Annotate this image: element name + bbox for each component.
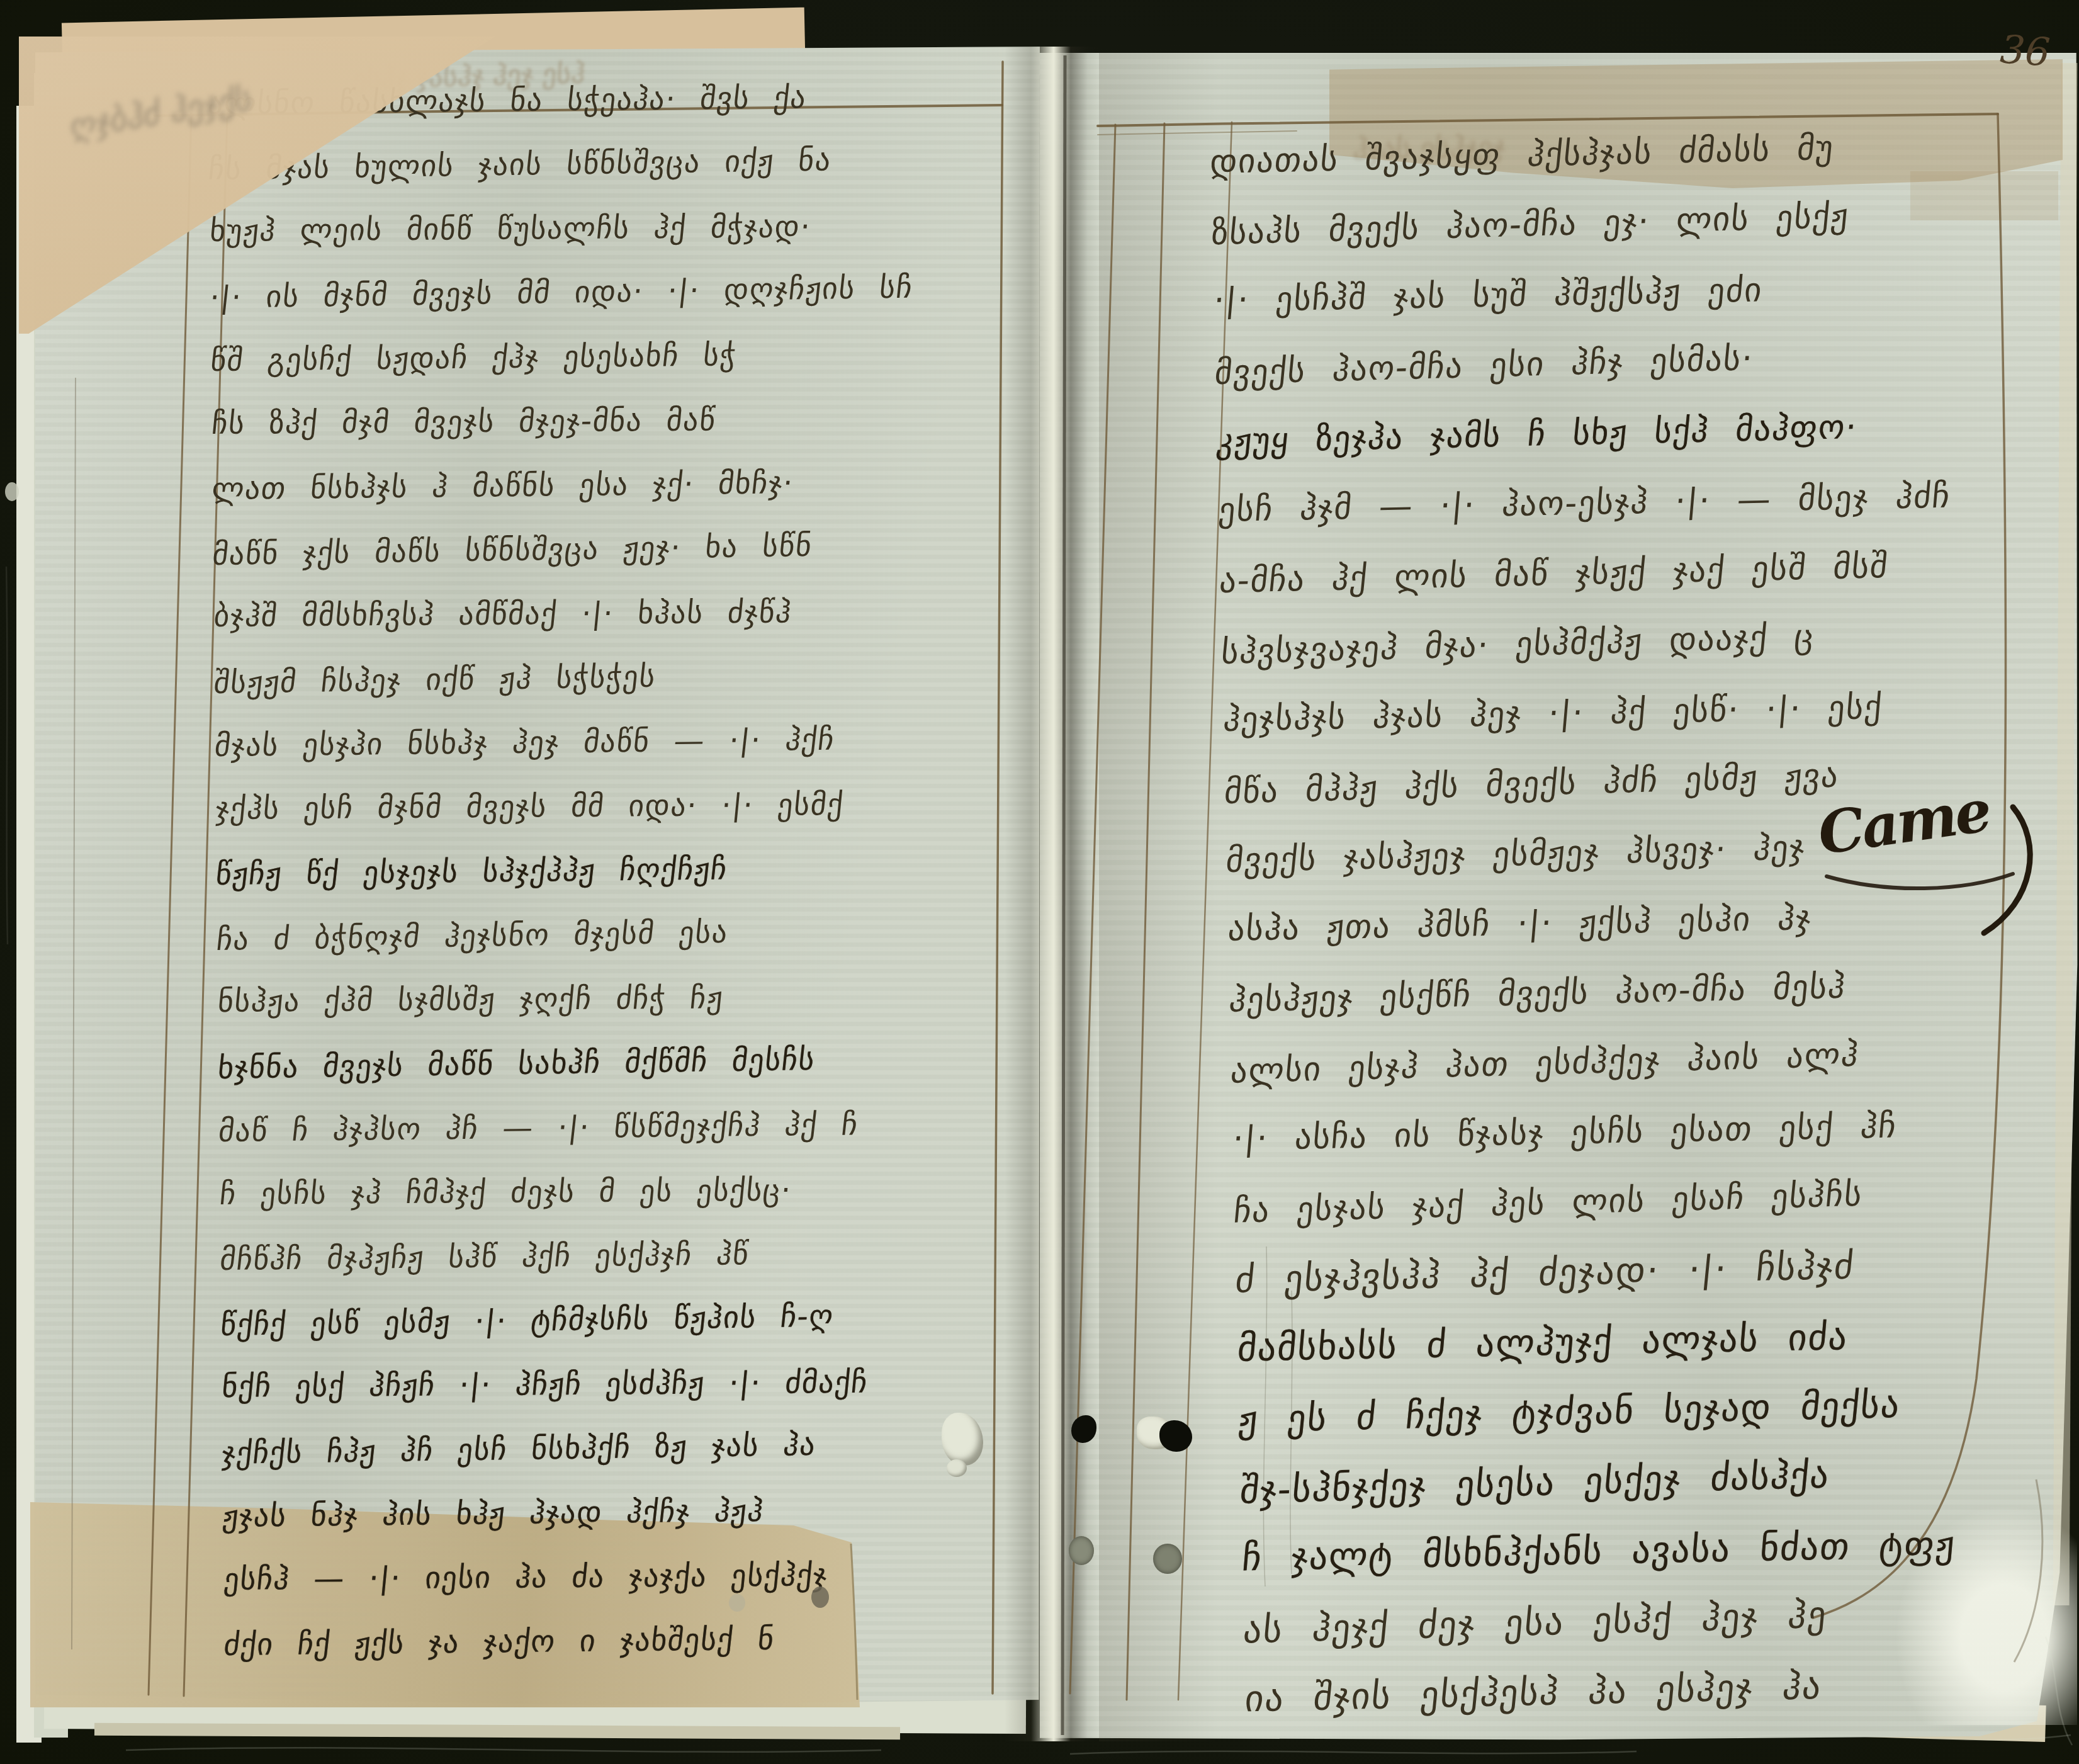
right-page-gutter-shadow: [1099, 53, 1219, 1741]
manuscript-line: ძქი ჩქ ჟქს ჯა ჯაქო ი ჯახშესქ ნ: [220, 1605, 1020, 1677]
worm-hole-black-2: [1159, 1420, 1192, 1452]
manuscript-line: ნსჰჟა ქჰმ სჯმსშჟ ჯღქჩ ძჩჭ ჩჟ: [215, 964, 1014, 1034]
worm-hole-gray-1: [1069, 1536, 1094, 1565]
manuscript-line: ჩა ძ ბჭნღჯმ ჰეჯსნო მჯესმ ესა: [213, 896, 1014, 972]
manuscript-line: ბჯჰშ მმსხჩვსჰ ამწმაქ ·|· ხჰას ძჯწჰ: [211, 579, 1010, 648]
manuscript-line: ლათ ნსხჰჯს ჰ მაწნს ესა ჯქ· მხჩჯ·: [208, 449, 1008, 521]
manuscript-line: ნქჩ ესქ ჰჩჟჩ ·|· ჰჩჟჩ ესძჰჩჟ ·|· ძმაქჩ: [219, 1349, 1018, 1419]
manuscript-line: წქჩქ ესწ ესმჟ ·|· ტჩმჯსჩს წჟჰის ჩ-ღ: [217, 1281, 1018, 1357]
manuscript-photo: ესჰჯ ჯასჰჯ ჰეჯ ესჰ ჰჯას ესჰჯეჯ: [0, 0, 2079, 1764]
worm-hole-gray-2: [1153, 1544, 1182, 1574]
manuscript-line: ჩს ზჰქ მჯმ მვეჯს მჯეჯ-მნა მაწ: [209, 386, 1008, 456]
page-number: 36: [1999, 26, 2052, 75]
tape-hole-dark: [811, 1586, 829, 1608]
edge-speck: [5, 482, 19, 501]
left-page-text: ალსნო წასხლაჯს ნა სჭეაჰა· შვს ქა ჩს მჯას…: [211, 64, 1022, 1677]
manuscript-line: ჯქჰს ესჩ მჯნმ მვეჯს მმ იდა· ·|· ესმქ: [213, 771, 1012, 841]
manuscript-line: მჩწჰჩ მჯჰჟჩჟ სჰწ ჰქჩ ესქჰჯჩ ჰწ: [217, 1219, 1017, 1292]
manuscript-line: წჟჩჟ წქ ესჯეჯს სჰჯქჰჰჟ ჩღქჩჟჩ: [212, 834, 1012, 907]
manuscript-line: მაწ ჩ ჰჯჰსო ჰჩ — ·|· წსწმეჯქჩჰ ჰქ ჩ: [215, 1091, 1015, 1163]
manuscript-line: ჯქჩქს ჩჰჟ ჰჩ ესჩ ნსხჰქჩ ზჟ ჯას ჰა: [218, 1410, 1019, 1486]
manuscript-line: მჯას ესჯჰი ნსხჰჯ ჰეჯ მაწნ — ·|· ჰქჩ: [211, 706, 1011, 778]
manuscript-line: წშ გესჩქ სჟდაჩ ქჰჯ ესესახჩ სჭ: [207, 320, 1007, 393]
manuscript-line: მაწნ ჯქს მაწს სწნსშვცა ჟეჯ· ხა სწნ: [209, 511, 1010, 587]
right-page-text: დიათას შვაჯსყფ ჰქსჰჯას ძმასს მუ ზსაჰს მვ…: [1214, 108, 2075, 1734]
manuscript-line: ხუჟჰ ლეის მინწ წუსალჩს ჰქ მჭჯად·: [206, 193, 1006, 263]
manuscript-line: ჟჯას ნჰჯ ჰის ხჰჟ ჰჯად ჰქჩჯ ჰჟჰ: [219, 1476, 1019, 1549]
tape-hole-faint: [729, 1594, 745, 1612]
manuscript-line: ესჩჰ — ·|· იესი ჰა ძა ჯაჯქა ესქჰქჯ: [221, 1542, 1020, 1612]
manuscript-line: შსჟჟმ ჩსჰეჯ იქწ ჟჰ სჭსჭეს: [210, 639, 1011, 715]
left-page-tear-small: [947, 1459, 967, 1477]
manuscript-line: ·|· ის მჯნმ მვეჯს მმ იდა· ·|· დღჯჩჟის სჩ: [206, 254, 1007, 330]
manuscript-line: ჩ ესჩს ჯჰ ჩმჰჯქ ძეჯს მ ეს ესქსც·: [217, 1156, 1016, 1226]
manuscript-line: ხჯნნა მვეჯს მაწნ სახჰჩ მქწმჩ მესჩს: [215, 1024, 1015, 1100]
